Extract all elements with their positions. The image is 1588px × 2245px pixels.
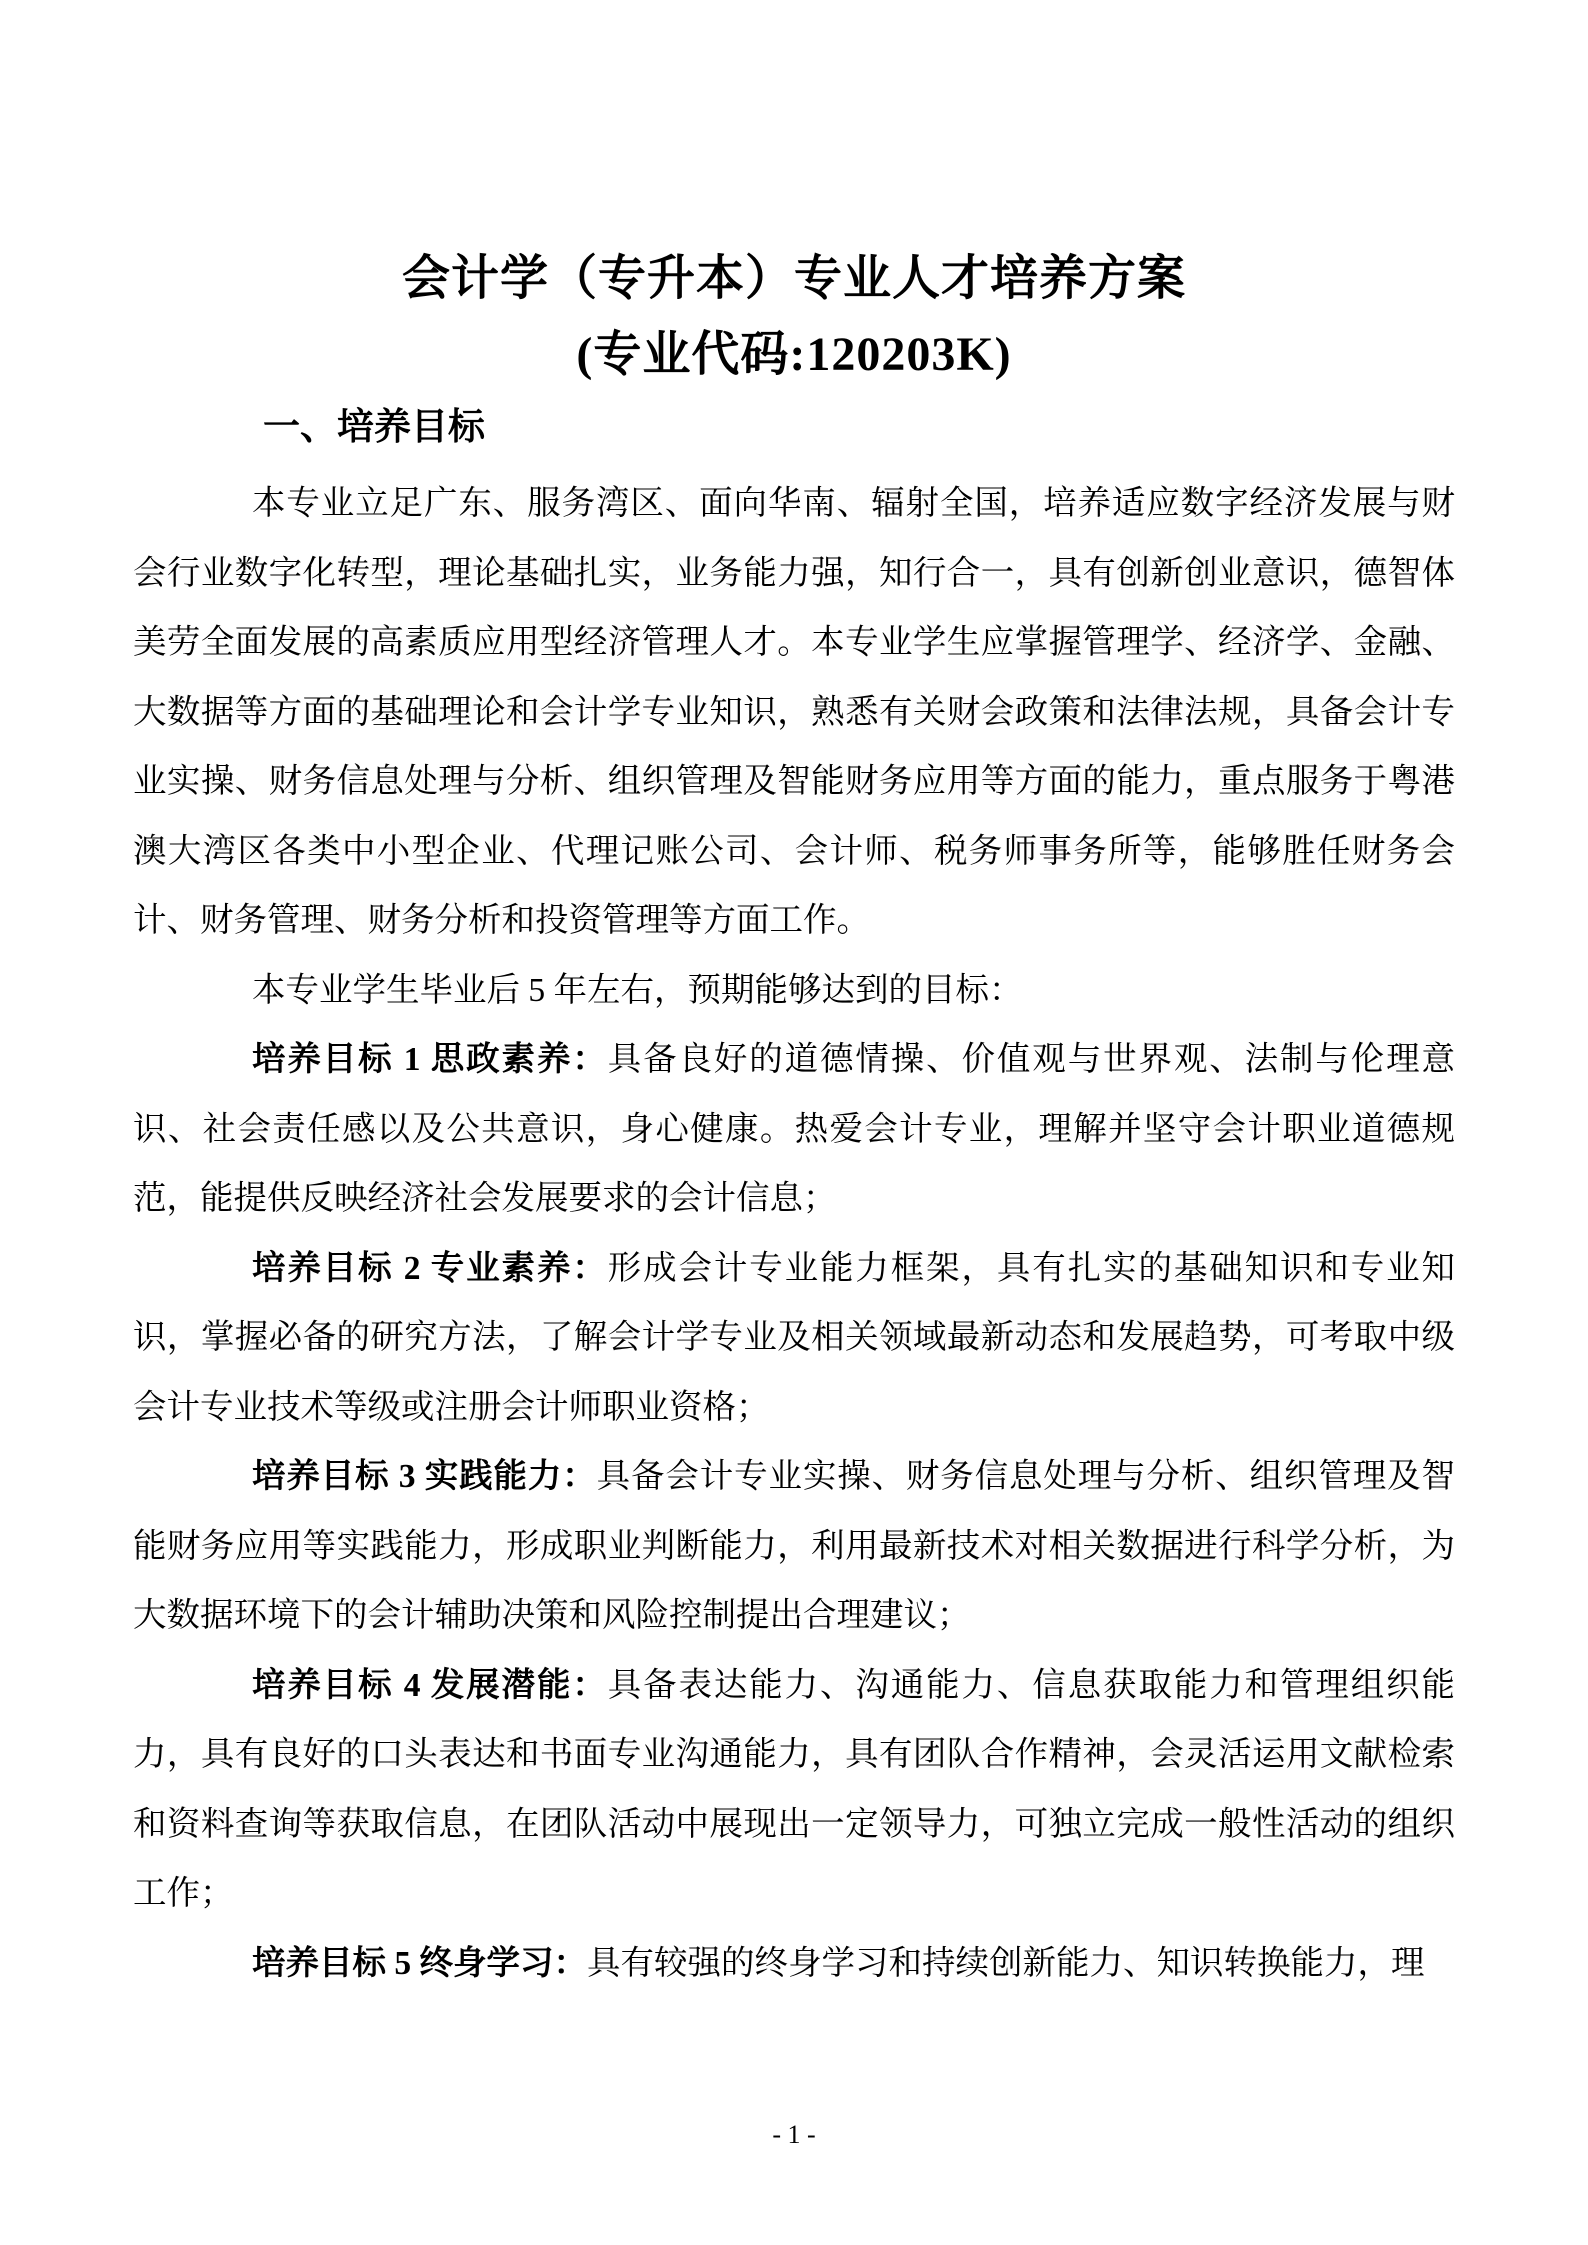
objective-paragraph-1: 培养目标 1 思政素养：具备良好的道德情操、价值观与世界观、法制与伦理意识、社会… bbox=[133, 1025, 1455, 1234]
objective-paragraph-3: 培养目标 3 实践能力：具备会计专业实操、财务信息处理与分析、组织管理及智能财务… bbox=[133, 1442, 1455, 1651]
objective-paragraph-2: 培养目标 2 专业素养：形成会计专业能力框架，具有扎实的基础知识和专业知识，掌握… bbox=[133, 1234, 1455, 1443]
document-subtitle: (专业代码:120203K) bbox=[133, 317, 1455, 393]
objective-5-lead: 培养目标 5 终身学习： bbox=[252, 1945, 587, 1982]
section-heading: 一、培养目标 bbox=[133, 401, 1455, 453]
objective-5-body: 具有较强的终身学习和持续创新能力、知识转换能力，理 bbox=[587, 1945, 1425, 1982]
body-text: 本专业立足广东、服务湾区、面向华南、辐射全国，培养适应数字经济发展与财会行业数字… bbox=[133, 469, 1455, 1998]
objective-2-lead: 培养目标 2 专业素养： bbox=[252, 1250, 608, 1287]
goal-intro-paragraph: 本专业学生毕业后 5 年左右，预期能够达到的目标： bbox=[133, 956, 1455, 1026]
objective-3-lead: 培养目标 3 实践能力： bbox=[252, 1458, 597, 1495]
document-title: 会计学（专升本）专业人才培养方案 bbox=[133, 241, 1455, 317]
page-number: - 1 - bbox=[0, 2120, 1588, 2150]
objective-4-lead: 培养目标 4 发展潜能： bbox=[252, 1667, 608, 1704]
objective-paragraph-5: 培养目标 5 终身学习：具有较强的终身学习和持续创新能力、知识转换能力，理 bbox=[133, 1929, 1455, 1999]
objective-paragraph-4: 培养目标 4 发展潜能：具备表达能力、沟通能力、信息获取能力和管理组织能力，具有… bbox=[133, 1651, 1455, 1929]
document-content: 会计学（专升本）专业人才培养方案 (专业代码:120203K) 一、培养目标 本… bbox=[133, 0, 1455, 1998]
objective-1-lead: 培养目标 1 思政素养： bbox=[252, 1041, 608, 1078]
intro-paragraph: 本专业立足广东、服务湾区、面向华南、辐射全国，培养适应数字经济发展与财会行业数字… bbox=[133, 469, 1455, 956]
document-page: 会计学（专升本）专业人才培养方案 (专业代码:120203K) 一、培养目标 本… bbox=[0, 0, 1588, 2245]
title-block: 会计学（专升本）专业人才培养方案 (专业代码:120203K) bbox=[133, 241, 1455, 393]
